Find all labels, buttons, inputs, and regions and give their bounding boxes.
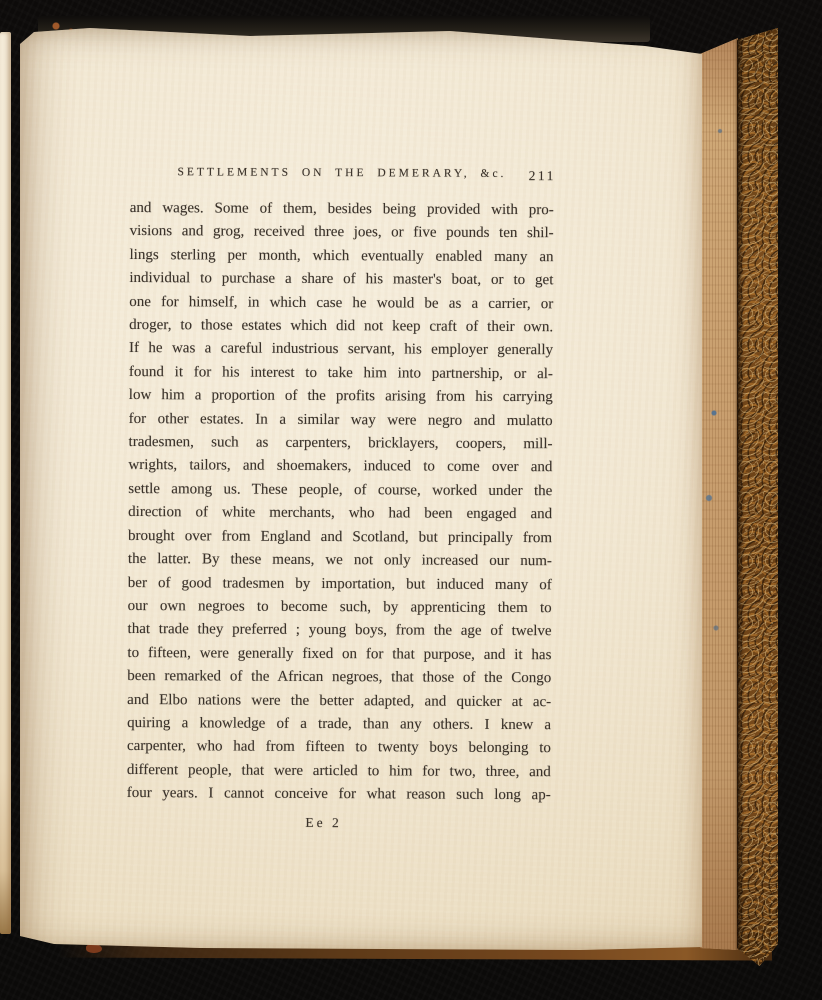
text-line: visions and grog, received three joes, o…: [130, 220, 554, 246]
cover-board-chip: [86, 944, 102, 953]
text-line: wrights, tailors, and shoemakers, induce…: [128, 454, 552, 480]
running-head: SETTLEMENTS ON THE DEMERARY, &c. 211: [130, 166, 554, 190]
text-line: droger, to those estates which did not k…: [129, 314, 553, 340]
text-line: tradesmen, such as carpenters, bricklaye…: [128, 431, 552, 457]
text-line: individual to purchase a share of his ma…: [129, 267, 553, 293]
marbled-board-edge: [737, 28, 778, 968]
text-line: and Elbo nations were the better adapted…: [127, 689, 551, 715]
page-text-block: SETTLEMENTS ON THE DEMERARY, &c. 211 and…: [127, 166, 554, 832]
running-head-title: SETTLEMENTS ON THE DEMERARY, &c.: [177, 166, 506, 180]
text-line: direction of white merchants, who had be…: [128, 501, 552, 527]
text-line: been remarked of the African negroes, th…: [127, 665, 551, 691]
book-page: SETTLEMENTS ON THE DEMERARY, &c. 211 and…: [20, 26, 702, 952]
text-line: to fifteen, were generally fixed on for …: [127, 642, 551, 668]
book-fore-edge: [700, 36, 738, 952]
text-line: different people, that were articled to …: [127, 759, 551, 785]
body-text: and wages. Some of them, besides being p…: [127, 197, 554, 808]
text-line: our own negroes to become such, by appre…: [128, 595, 552, 621]
text-line: ber of good tradesmen by importation, bu…: [128, 571, 552, 597]
page-number: 211: [529, 168, 556, 184]
text-line: for other estates. In a similar way were…: [129, 408, 553, 434]
text-line: four years. I cannot conceive for what r…: [127, 782, 551, 808]
text-line: quiring a knowledge of a trade, than any…: [127, 712, 551, 738]
text-line: brought over from England and Scotland, …: [128, 525, 552, 551]
text-line: and wages. Some of them, besides being p…: [130, 197, 554, 223]
text-line: lings sterling per month, which eventual…: [129, 244, 553, 270]
facing-page-edge: [0, 32, 11, 934]
text-line: one for himself, in which case he would …: [129, 291, 553, 317]
text-line: that trade they preferred ; young boys, …: [128, 618, 552, 644]
printers-signature: Ee 2: [127, 814, 551, 832]
text-line: the latter. By these means, we not only …: [128, 548, 552, 574]
text-line: carpenter, who had from fifteen to twent…: [127, 735, 551, 761]
text-line: If he was a careful industrious servant,…: [129, 337, 553, 363]
photo-background: SETTLEMENTS ON THE DEMERARY, &c. 211 and…: [0, 0, 822, 1000]
text-line: found it for his interest to take him in…: [129, 361, 553, 387]
text-line: settle among us. These people, of course…: [128, 478, 552, 504]
text-line: low him a proportion of the profits aris…: [129, 384, 553, 410]
